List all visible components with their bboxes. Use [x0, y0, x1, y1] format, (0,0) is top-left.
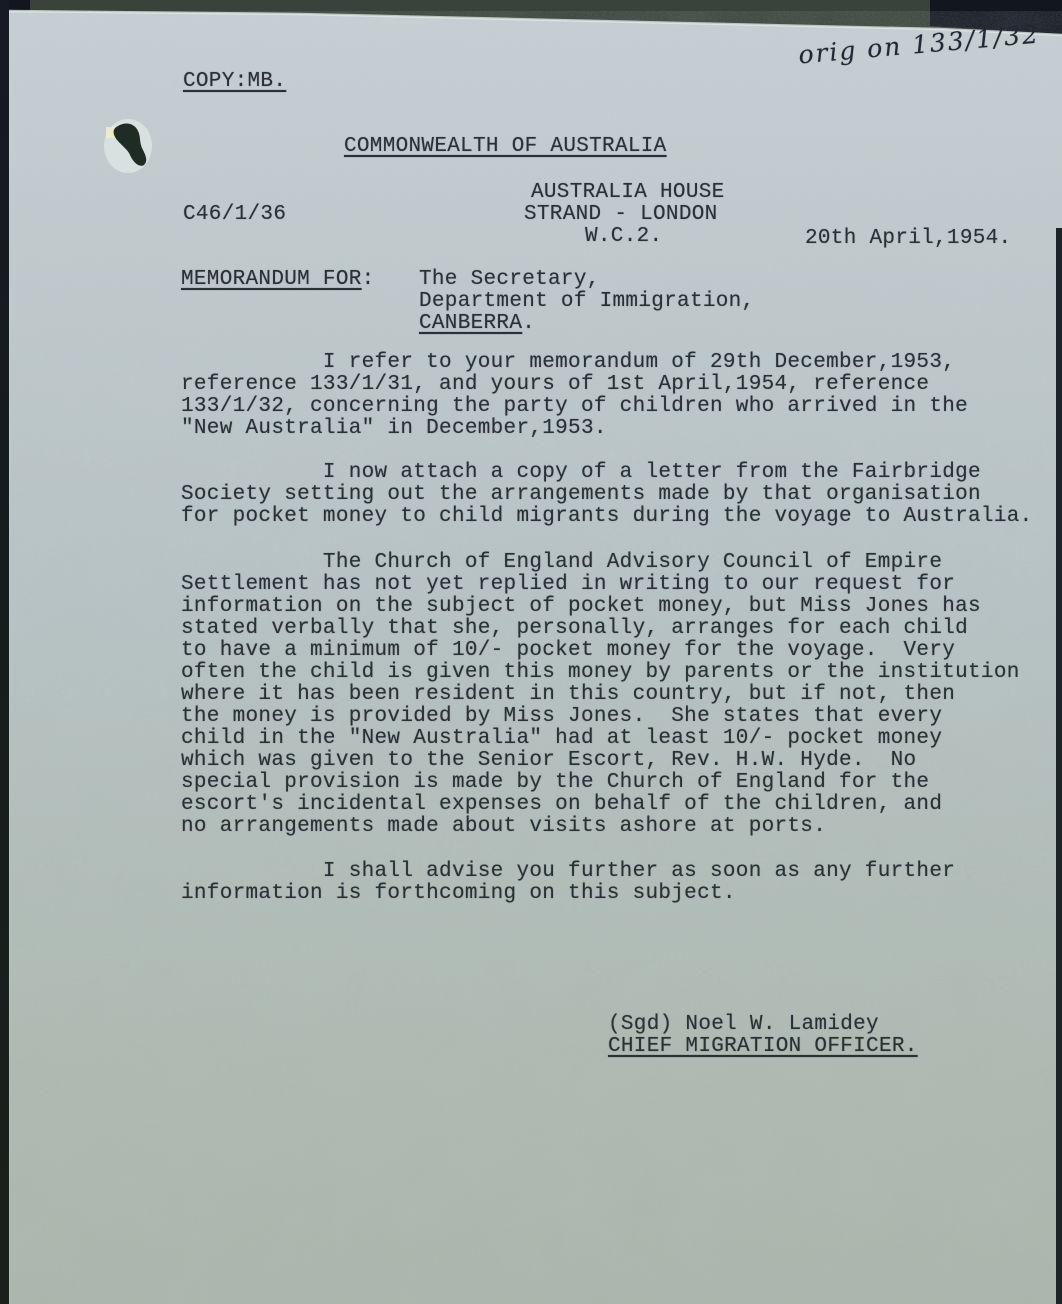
memorandum-for-text: MEMORANDUM FOR [181, 268, 362, 291]
recipient-line-2: Department of Immigration, [419, 291, 754, 313]
scanned-memorandum-page: orig on 133/1/32 COPY:MB. COMMONWEALTH O… [0, 0, 1062, 1304]
signature-title-text: CHIEF MIGRATION OFFICER. [608, 1035, 918, 1058]
document-title: COMMONWEALTH OF AUSTRALIA [344, 136, 667, 158]
copy-line-text: COPY:MB. [183, 70, 286, 93]
recipient-city-period: . [522, 312, 535, 335]
document-title-text: COMMONWEALTH OF AUSTRALIA [344, 135, 667, 158]
body-paragraph-2: I now attach a copy of a letter from the… [181, 462, 1033, 528]
address-line-1: AUSTRALIA HOUSE [531, 182, 725, 204]
memorandum-for-colon: : [362, 268, 375, 291]
memorandum-for-label: MEMORANDUM FOR: [181, 269, 375, 291]
recipient-city: CANBERRA [419, 312, 522, 335]
copy-line: COPY:MB. [183, 71, 286, 93]
date-line: 20th April,1954. [805, 228, 1011, 250]
body-paragraph-4: I shall advise you further as soon as an… [181, 861, 955, 905]
punch-hole-mark [104, 119, 152, 173]
address-line-2: STRAND - LONDON [524, 204, 718, 226]
recipient-line-1: The Secretary, [419, 269, 600, 291]
reference-number: C46/1/36 [183, 204, 286, 226]
signature-title-line: CHIEF MIGRATION OFFICER. [608, 1036, 918, 1058]
recipient-city-line: CANBERRA. [419, 313, 535, 335]
body-paragraph-3: The Church of England Advisory Council o… [181, 552, 1020, 838]
body-paragraph-1: I refer to your memorandum of 29th Decem… [181, 352, 968, 440]
address-line-3: W.C.2. [585, 226, 662, 248]
signature-signed-line: (Sgd) Noel W. Lamidey [608, 1014, 879, 1036]
